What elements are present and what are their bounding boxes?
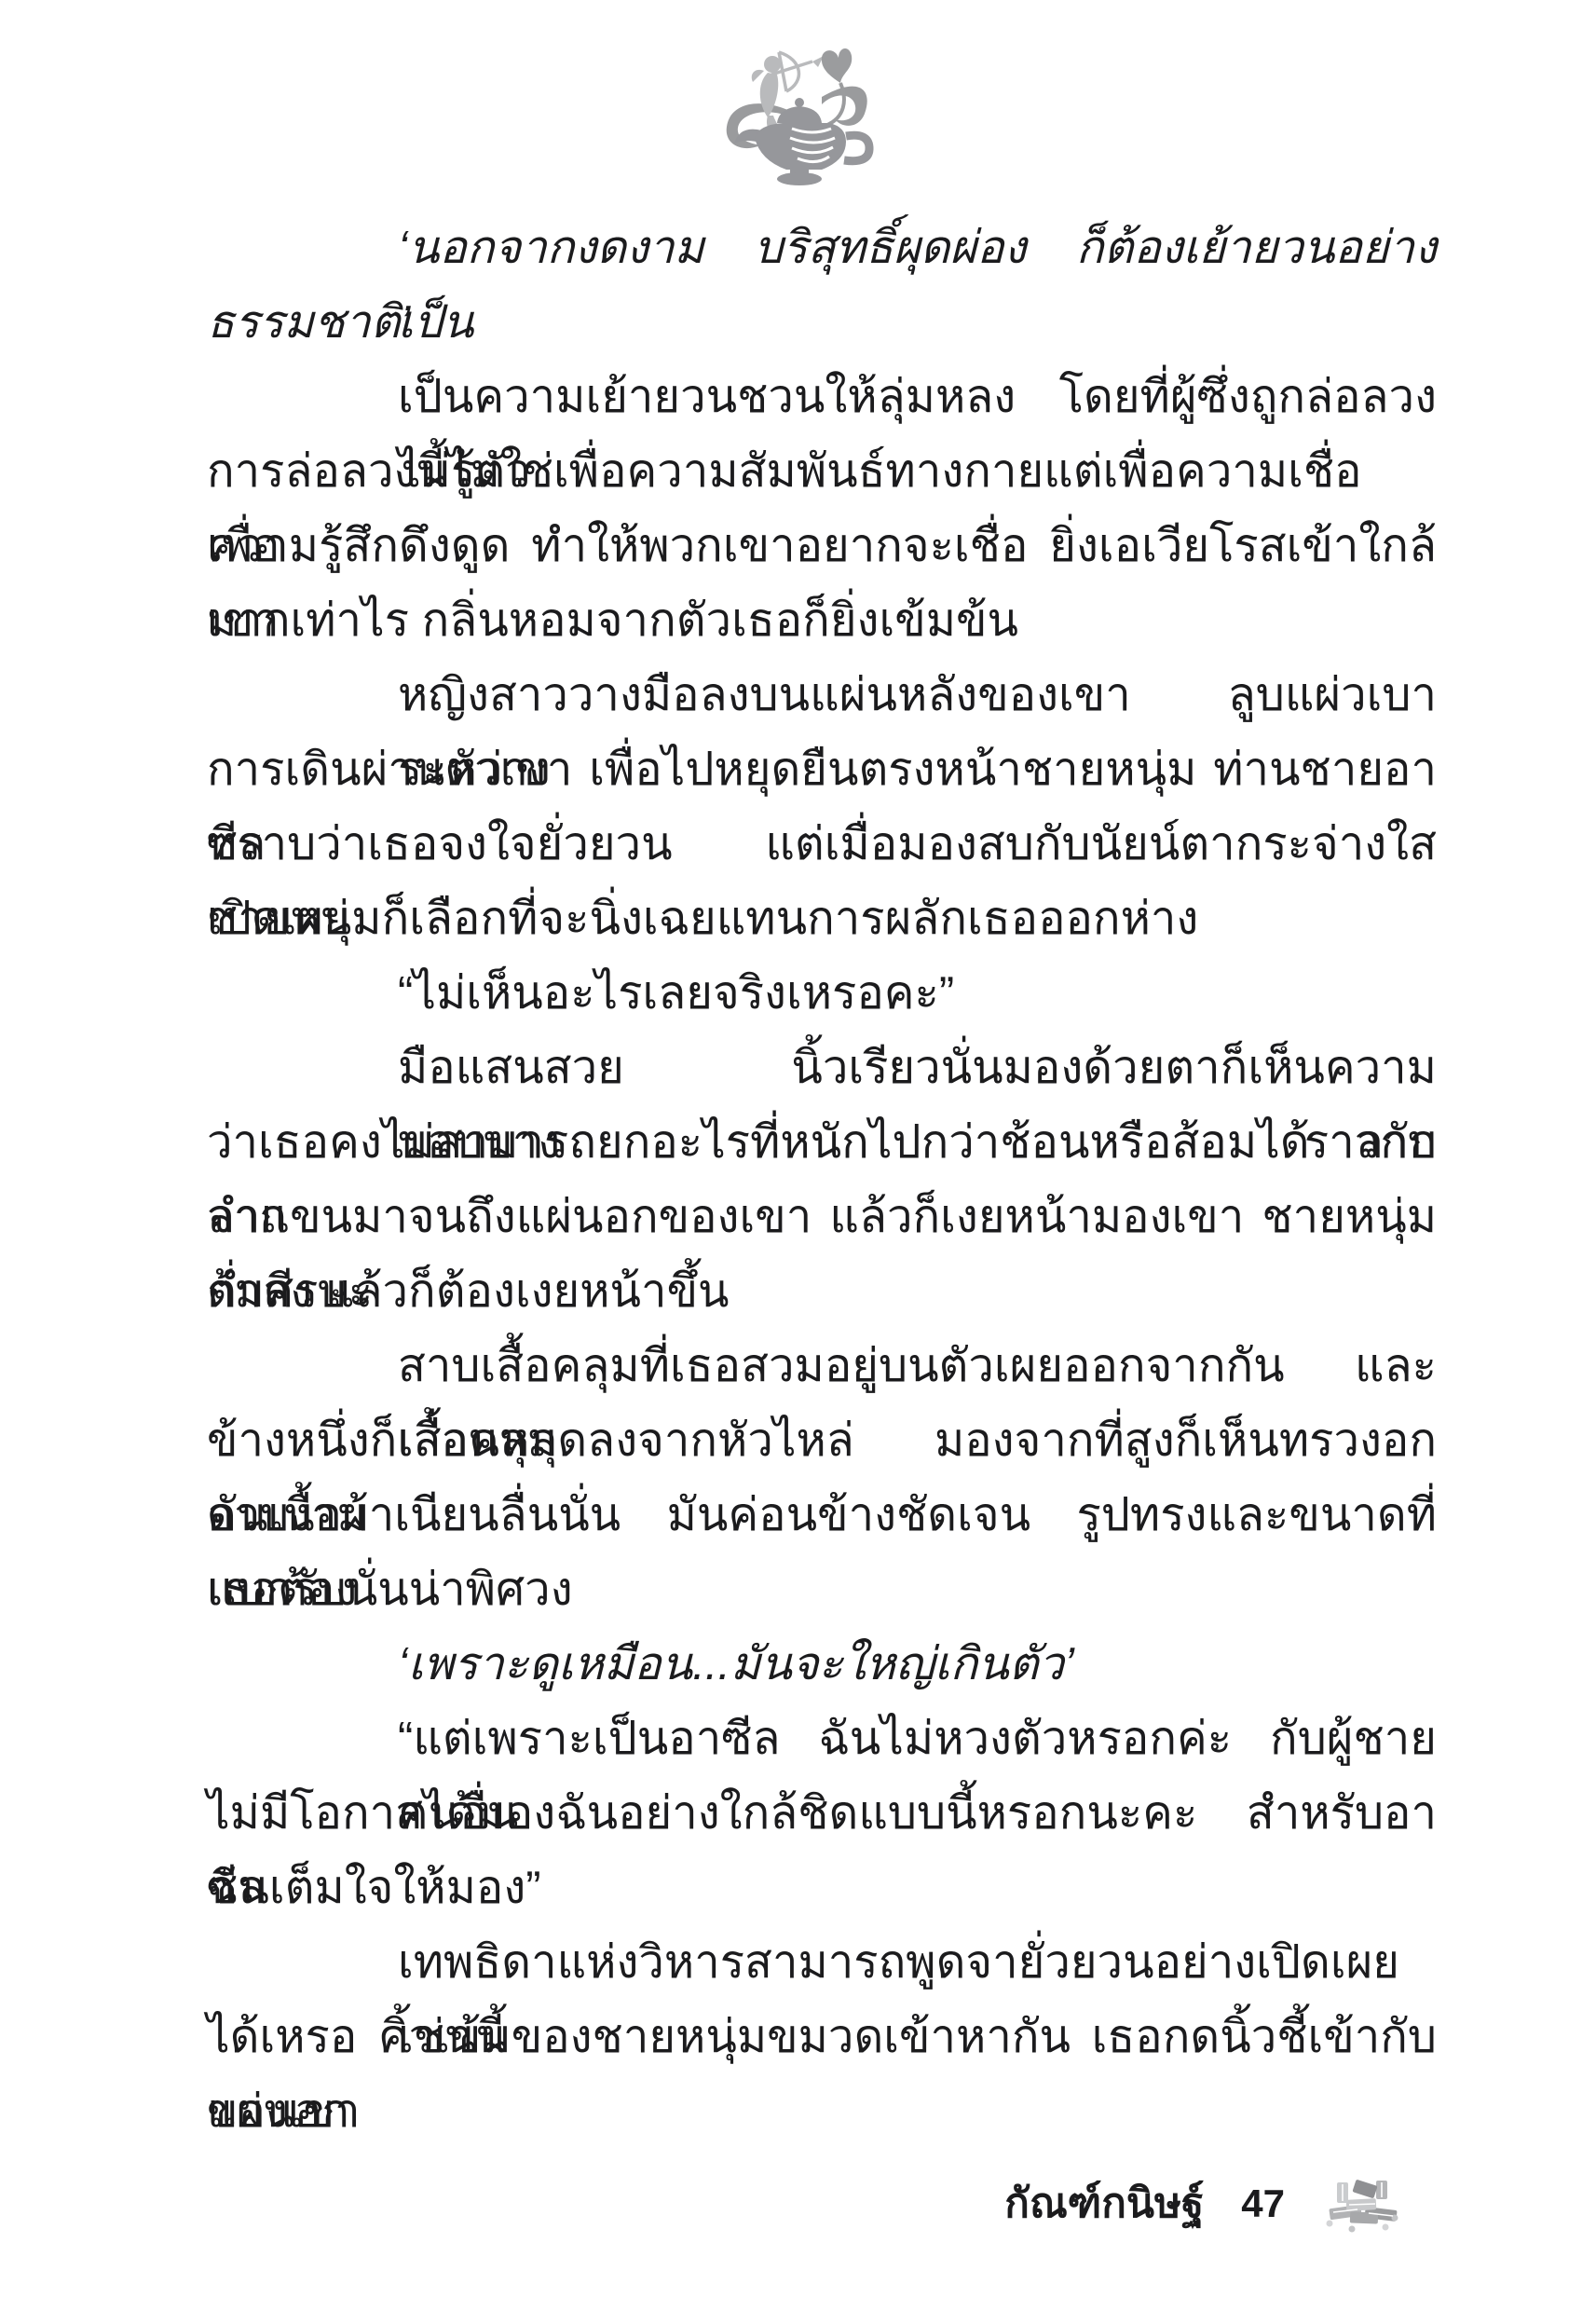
- book-page: ‘นอกจากงดงาม บริสุทธิ์ผุดผ่อง ก็ต้องเย้า…: [0, 0, 1596, 2311]
- text-line: ฉันเต็มใจให้มอง”: [207, 1851, 1437, 1925]
- text-line: “แต่เพราะเป็นอาซีล ฉันไม่หวงตัวหรอกค่ะ ก…: [207, 1702, 1437, 1776]
- text-line: การเดินผ่านตัวเขา เพื่อไปหยุดยืนตรงหน้าช…: [207, 732, 1437, 807]
- text-line: ธรรมชาติ’: [207, 285, 1437, 360]
- text-line: ลำแขนมาจนถึงแผ่นอกของเขา แล้วก็เงยหน้ามอ…: [207, 1180, 1437, 1254]
- page-footer: กัณฑ์กนิษฐ์ 47: [1004, 2162, 1402, 2246]
- body-text: ‘นอกจากงดงาม บริสุทธิ์ผุดผ่อง ก็ต้องเย้า…: [207, 211, 1437, 2149]
- text-line: มือแสนสวย นิ้วเรียวนั่นมองด้วยตาก็เห็นคว…: [207, 1031, 1437, 1105]
- text-line: “ไม่เห็นอะไรเลยจริงเหรอคะ”: [207, 956, 1437, 1031]
- cupid-genie-lamp-ornament: [682, 39, 915, 188]
- book-title: กัณฑ์กนิษฐ์: [1004, 2162, 1204, 2246]
- text-line: ไม่มีโอกาสได้มองฉันอย่างใกล้ชิดแบบนี้หรอ…: [207, 1776, 1437, 1851]
- text-line: ทราบว่าเธอจงใจยั่วยวน แต่เมื่อมองสบกับนั…: [207, 807, 1437, 882]
- money-pile-icon: [1324, 2171, 1402, 2236]
- page-number: 47: [1241, 2181, 1285, 2226]
- text-line: ‘นอกจากงดงาม บริสุทธิ์ผุดผ่อง ก็ต้องเย้า…: [207, 211, 1437, 285]
- text-line: เทพธิดาแห่งวิหารสามารถพูดจายั่วยวนอย่างเ…: [207, 1925, 1437, 2000]
- text-line: ดันเนื้อผ้าเนียนลื่นนั่น มันค่อนข้างชัดเ…: [207, 1478, 1437, 1552]
- text-line: สาบเสื้อคลุมที่เธอสวมอยู่บนตัวเผยออกจากก…: [207, 1329, 1437, 1403]
- text-line: ได้เหรอ คิ้วเข้มของชายหนุ่มขมวดเข้าหากัน…: [207, 2000, 1437, 2074]
- text-line: หญิงสาววางมือลงบนแผ่นหลังของเขา ลูบแผ่วเ…: [207, 658, 1437, 732]
- text-line: ว่าเธอคงไม่สามารถยกอะไรที่หนักไปกว่าช้อน…: [207, 1105, 1437, 1180]
- text-line: ความรู้สึกดึงดูด ทำให้พวกเขาอยากจะเชื่อ …: [207, 509, 1437, 583]
- text-line: การล่อลวงนี้ไม่ใช่เพื่อความสัมพันธ์ทางกา…: [207, 434, 1437, 509]
- text-line: ข้างหนึ่งก็เลื่อนหลุดลงจากหัวไหล่ มองจาก…: [207, 1403, 1437, 1478]
- text-line: ต่ำลง แล้วก็ต้องเงยหน้าขึ้น: [207, 1254, 1437, 1329]
- text-line: แบกรับนั่นน่าพิศวง: [207, 1552, 1437, 1627]
- text-line: ของเขา: [207, 2074, 1437, 2149]
- text-line: ‘เพราะดูเหมือน...มันจะใหญ่เกินตัว’: [207, 1627, 1437, 1702]
- text-line: เป็นความเย้ายวนชวนให้ลุ่มหลง โดยที่ผู้ซึ…: [207, 360, 1437, 434]
- text-line: ชายหนุ่มก็เลือกที่จะนิ่งเฉยแทนการผลักเธอ…: [207, 882, 1437, 956]
- text-line: มากเท่าไร กลิ่นหอมจากตัวเธอก็ยิ่งเข้มข้น: [207, 583, 1437, 658]
